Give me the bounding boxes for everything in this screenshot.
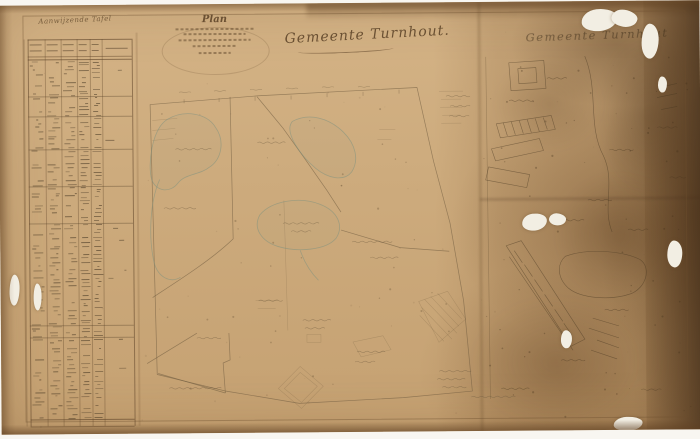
cell-script: [80, 163, 89, 164]
speck: [350, 305, 352, 307]
cell-script: [52, 367, 59, 368]
speck: [190, 388, 192, 390]
cell-script: [66, 164, 75, 165]
cell-script: [39, 380, 41, 381]
cell-script: [65, 122, 71, 123]
cell-script: [120, 367, 126, 368]
cell-script: [119, 240, 124, 241]
cell-script: [71, 262, 77, 263]
header-script: [30, 44, 42, 45]
cell-script: [67, 372, 76, 373]
cell-script: [93, 274, 103, 275]
cell-script: [97, 266, 100, 267]
cell-script: [53, 179, 57, 180]
speck: [654, 388, 656, 390]
cell-script: [95, 417, 103, 418]
cell-script: [65, 195, 75, 196]
cell-script: [57, 269, 59, 270]
illegible-map-label: [641, 389, 661, 391]
cell-script: [33, 404, 42, 405]
speck: [343, 102, 344, 103]
cell-script: [83, 306, 87, 307]
cell-script: [80, 175, 86, 176]
speck: [528, 351, 530, 353]
cell-script: [34, 253, 44, 254]
illegible-map-label: [561, 359, 585, 361]
speck: [314, 127, 315, 128]
cell-script: [94, 315, 101, 316]
speck: [520, 66, 522, 68]
illegible-map-label: [509, 100, 533, 102]
cell-script: [68, 175, 73, 176]
speck: [161, 113, 163, 115]
cell-script: [67, 86, 74, 87]
speck: [687, 89, 688, 90]
speck: [431, 292, 432, 293]
cell-script: [34, 270, 43, 271]
cell-script: [81, 155, 89, 156]
speck: [379, 298, 380, 299]
cell-script: [95, 388, 103, 389]
cell-script: [80, 187, 86, 188]
illegible-map-label: [449, 115, 469, 117]
cell-script: [52, 127, 60, 128]
illegible-map-label: [442, 386, 466, 388]
cell-script: [64, 74, 67, 75]
cell-script: [68, 273, 73, 274]
speck: [605, 372, 606, 373]
cell-script: [82, 77, 87, 78]
cell-script: [38, 266, 40, 267]
cell-script: [48, 171, 54, 172]
speck: [489, 365, 491, 367]
speck: [544, 333, 545, 334]
illegible-map-label: [446, 95, 470, 97]
speck: [574, 120, 575, 121]
speck: [342, 173, 344, 175]
header-script: [47, 44, 58, 45]
cell-script: [93, 163, 101, 164]
speck: [308, 401, 310, 403]
cell-script: [52, 85, 60, 86]
speck: [234, 220, 236, 222]
cell-script: [82, 368, 88, 369]
cell-script: [68, 168, 74, 169]
cell-script: [40, 139, 44, 140]
cell-script: [85, 417, 92, 418]
speck: [145, 355, 147, 357]
cell-script: [53, 122, 59, 123]
header-script: [30, 50, 42, 51]
illegible-map-label: [628, 229, 648, 231]
speck: [604, 389, 606, 391]
cell-script: [125, 270, 127, 271]
cell-script: [68, 418, 76, 419]
cell-script: [49, 265, 55, 266]
cell-script: [50, 249, 60, 250]
cell-script: [70, 237, 76, 238]
table-row: [31, 415, 135, 420]
speck: [382, 143, 384, 145]
cell-script: [83, 224, 87, 225]
illegible-map-label: [370, 257, 398, 259]
speck: [167, 316, 169, 318]
speck: [654, 324, 656, 326]
speck: [332, 384, 333, 385]
cell-script: [33, 94, 36, 95]
cell-script: [68, 392, 76, 393]
cell-script: [92, 68, 100, 69]
speck: [241, 262, 242, 263]
cell-script: [49, 343, 53, 344]
speck: [633, 77, 635, 79]
cell-script: [79, 64, 89, 65]
speck: [666, 161, 668, 163]
index-table: [28, 39, 135, 427]
cell-script: [80, 134, 85, 135]
speck: [395, 158, 396, 159]
speck: [577, 70, 579, 72]
illegible-map-label: [471, 396, 515, 398]
speck: [593, 146, 594, 147]
illegible-map-label: [197, 337, 221, 339]
speck: [400, 248, 401, 249]
speck: [275, 330, 277, 332]
cell-script: [50, 98, 58, 99]
speck: [486, 316, 487, 317]
cell-script: [80, 131, 83, 132]
speck: [379, 108, 381, 110]
cell-script: [53, 380, 61, 381]
cell-script: [93, 77, 100, 78]
cell-script: [64, 228, 73, 229]
speck: [663, 228, 665, 230]
cell-script: [34, 278, 44, 279]
header-script: [106, 48, 128, 49]
cell-script: [67, 356, 71, 357]
speck: [611, 85, 612, 86]
speck: [545, 121, 547, 123]
speck: [359, 97, 361, 99]
speck: [626, 92, 628, 94]
cell-script: [95, 269, 101, 270]
cell-script: [72, 334, 76, 335]
cell-script: [95, 376, 98, 377]
cell-script: [53, 167, 59, 168]
cell-script: [55, 396, 58, 397]
cell-script: [94, 261, 102, 262]
speck: [490, 98, 491, 99]
cell-script: [68, 286, 76, 287]
cell-script: [82, 331, 90, 332]
illegible-map-label: [670, 177, 686, 179]
speck: [614, 373, 615, 374]
cell-script: [98, 281, 101, 282]
speck: [513, 394, 514, 395]
speck: [506, 101, 508, 103]
speck: [678, 351, 680, 353]
index-table-header: [28, 39, 132, 61]
speck: [266, 394, 267, 395]
speck: [680, 343, 681, 344]
cell-script: [50, 258, 59, 259]
header-script: [63, 44, 74, 45]
cell-script: [82, 282, 89, 283]
cell-script: [68, 408, 78, 409]
speck: [584, 162, 585, 163]
speck: [499, 329, 500, 330]
cell-script: [33, 69, 35, 70]
cell-script: [65, 171, 69, 172]
cell-script: [97, 229, 101, 230]
cell-script: [67, 405, 74, 406]
cell-script: [94, 118, 101, 119]
cell-script: [95, 179, 101, 180]
cell-script: [31, 61, 38, 62]
illegible-map-label: [450, 105, 470, 107]
speck: [529, 195, 531, 197]
plan-title: Plan: [166, 14, 262, 26]
speck: [384, 107, 385, 108]
speck: [393, 267, 395, 269]
header-script: [92, 44, 99, 45]
cell-script: [96, 139, 99, 140]
cell-script: [95, 147, 101, 148]
cell-script: [92, 72, 100, 73]
cell-script: [113, 228, 118, 229]
speck: [377, 207, 379, 209]
illegible-map-label: [257, 142, 285, 144]
speck: [661, 315, 663, 317]
speck: [627, 351, 628, 352]
speck: [616, 393, 618, 395]
speck: [690, 406, 691, 407]
speck: [679, 301, 681, 303]
speck: [141, 419, 143, 421]
cell-script: [96, 224, 101, 225]
speck: [270, 265, 272, 267]
speck: [494, 311, 496, 313]
cell-script: [66, 376, 71, 377]
cell-script: [81, 396, 89, 397]
speck: [501, 147, 503, 149]
cell-script: [33, 98, 41, 99]
cell-script: [82, 412, 92, 413]
cell-script: [51, 294, 60, 295]
cell-script: [65, 281, 73, 282]
speck: [668, 57, 670, 59]
plan-title-block: Plan: [166, 14, 262, 55]
cell-script: [51, 228, 60, 229]
speck: [631, 285, 632, 286]
speck: [230, 113, 231, 114]
cell-script: [36, 360, 45, 361]
cell-script: [94, 338, 103, 339]
speck: [199, 114, 200, 115]
speck: [524, 356, 525, 357]
speck: [407, 188, 409, 190]
header-script: [47, 50, 58, 51]
speck: [652, 280, 654, 282]
cell-script: [95, 134, 101, 135]
cell-script: [83, 384, 90, 385]
header-script: [92, 50, 99, 51]
cell-script: [69, 364, 74, 365]
speck: [557, 101, 558, 102]
speck: [566, 122, 567, 123]
cell-script: [51, 286, 61, 287]
speck: [232, 316, 234, 318]
cell-script: [69, 269, 75, 270]
cell-script: [84, 290, 88, 291]
cell-script: [30, 66, 32, 67]
illegible-map-label: [164, 208, 196, 210]
speck: [420, 310, 422, 312]
speck: [631, 128, 632, 129]
speck: [341, 185, 343, 187]
speck: [207, 83, 208, 84]
cell-script: [96, 208, 101, 209]
speck: [455, 412, 457, 414]
speck: [442, 248, 444, 250]
cell-script: [58, 314, 61, 315]
illegible-map-label: [250, 89, 262, 90]
speck: [590, 92, 592, 94]
cell-script: [83, 203, 89, 204]
cell-script: [40, 310, 44, 311]
speck: [445, 303, 447, 305]
cell-script: [33, 249, 37, 250]
speck: [656, 91, 657, 92]
speck: [448, 331, 450, 333]
speck: [267, 157, 268, 158]
cell-script: [52, 413, 56, 414]
speck: [327, 92, 329, 94]
speck: [624, 316, 625, 317]
cell-script: [94, 220, 99, 221]
cell-script: [52, 306, 60, 307]
speck: [521, 70, 523, 72]
illegible-map-label: [605, 309, 629, 311]
speck: [414, 239, 415, 240]
cell-script: [95, 301, 99, 302]
speck: [278, 165, 279, 166]
cell-script: [33, 331, 36, 332]
illegible-map-label: [439, 370, 471, 372]
cell-script: [48, 102, 55, 103]
speck: [159, 308, 160, 309]
cell-script: [50, 408, 57, 409]
cell-script: [83, 151, 88, 152]
cell-script: [97, 191, 100, 192]
speck: [583, 323, 584, 324]
cell-script: [94, 94, 97, 95]
speck: [405, 162, 406, 163]
cell-script: [80, 93, 88, 94]
cell-script: [93, 167, 101, 168]
speck: [216, 231, 217, 232]
illegible-map-label: [286, 88, 298, 89]
cell-script: [56, 253, 58, 254]
cell-script: [48, 138, 55, 139]
cell-script: [81, 257, 89, 258]
cell-script: [53, 326, 62, 327]
cell-script: [35, 372, 42, 373]
illegible-map-label: [437, 378, 465, 380]
speck: [279, 214, 281, 216]
cell-script: [83, 355, 91, 356]
speck: [501, 347, 503, 349]
cell-script: [98, 384, 100, 385]
cell-script: [56, 195, 59, 196]
cell-script: [98, 285, 100, 286]
cell-script: [83, 375, 86, 376]
speck: [551, 155, 553, 157]
paper-sheet: Aanwijzende Tafel Plan Gemeente Turnhout…: [0, 0, 700, 434]
speck: [685, 254, 686, 255]
speck: [391, 326, 392, 327]
speck: [175, 133, 176, 134]
cell-script: [84, 408, 91, 409]
speck: [309, 120, 310, 121]
cell-script: [68, 318, 77, 319]
illegible-map-label: [303, 319, 331, 321]
cell-script: [63, 90, 71, 91]
speck: [279, 315, 281, 317]
speck: [214, 400, 216, 402]
speck: [483, 158, 484, 159]
cell-script: [81, 322, 90, 323]
cell-script: [94, 216, 102, 217]
speck: [187, 295, 188, 296]
cell-script: [80, 122, 88, 123]
cell-script: [31, 167, 41, 168]
cell-script: [54, 119, 59, 120]
cell-script: [95, 105, 98, 106]
cell-script: [55, 388, 60, 389]
speck: [237, 228, 238, 229]
cell-script: [84, 220, 88, 221]
cell-script: [94, 232, 100, 233]
cell-script: [95, 412, 104, 413]
cell-script: [35, 85, 42, 86]
cell-script: [33, 245, 39, 246]
speck: [564, 416, 566, 418]
speck: [359, 306, 360, 307]
cell-script: [55, 298, 60, 299]
cell-script: [80, 147, 89, 148]
cell-script: [95, 298, 99, 299]
speck: [605, 204, 606, 205]
speck: [626, 218, 627, 219]
speck: [389, 288, 391, 290]
cell-script: [85, 126, 89, 127]
cell-script: [95, 240, 100, 241]
speck: [684, 410, 685, 411]
cell-script: [40, 418, 44, 419]
index-table-body: [28, 59, 135, 421]
speck: [206, 319, 208, 321]
cell-script: [52, 213, 56, 214]
speck: [272, 137, 274, 139]
speck: [179, 160, 181, 162]
cell-script: [53, 311, 58, 312]
speck: [630, 291, 631, 292]
cell-script: [94, 335, 103, 336]
speck: [616, 113, 617, 114]
illegible-map-label: [305, 328, 325, 330]
speck: [532, 391, 534, 393]
